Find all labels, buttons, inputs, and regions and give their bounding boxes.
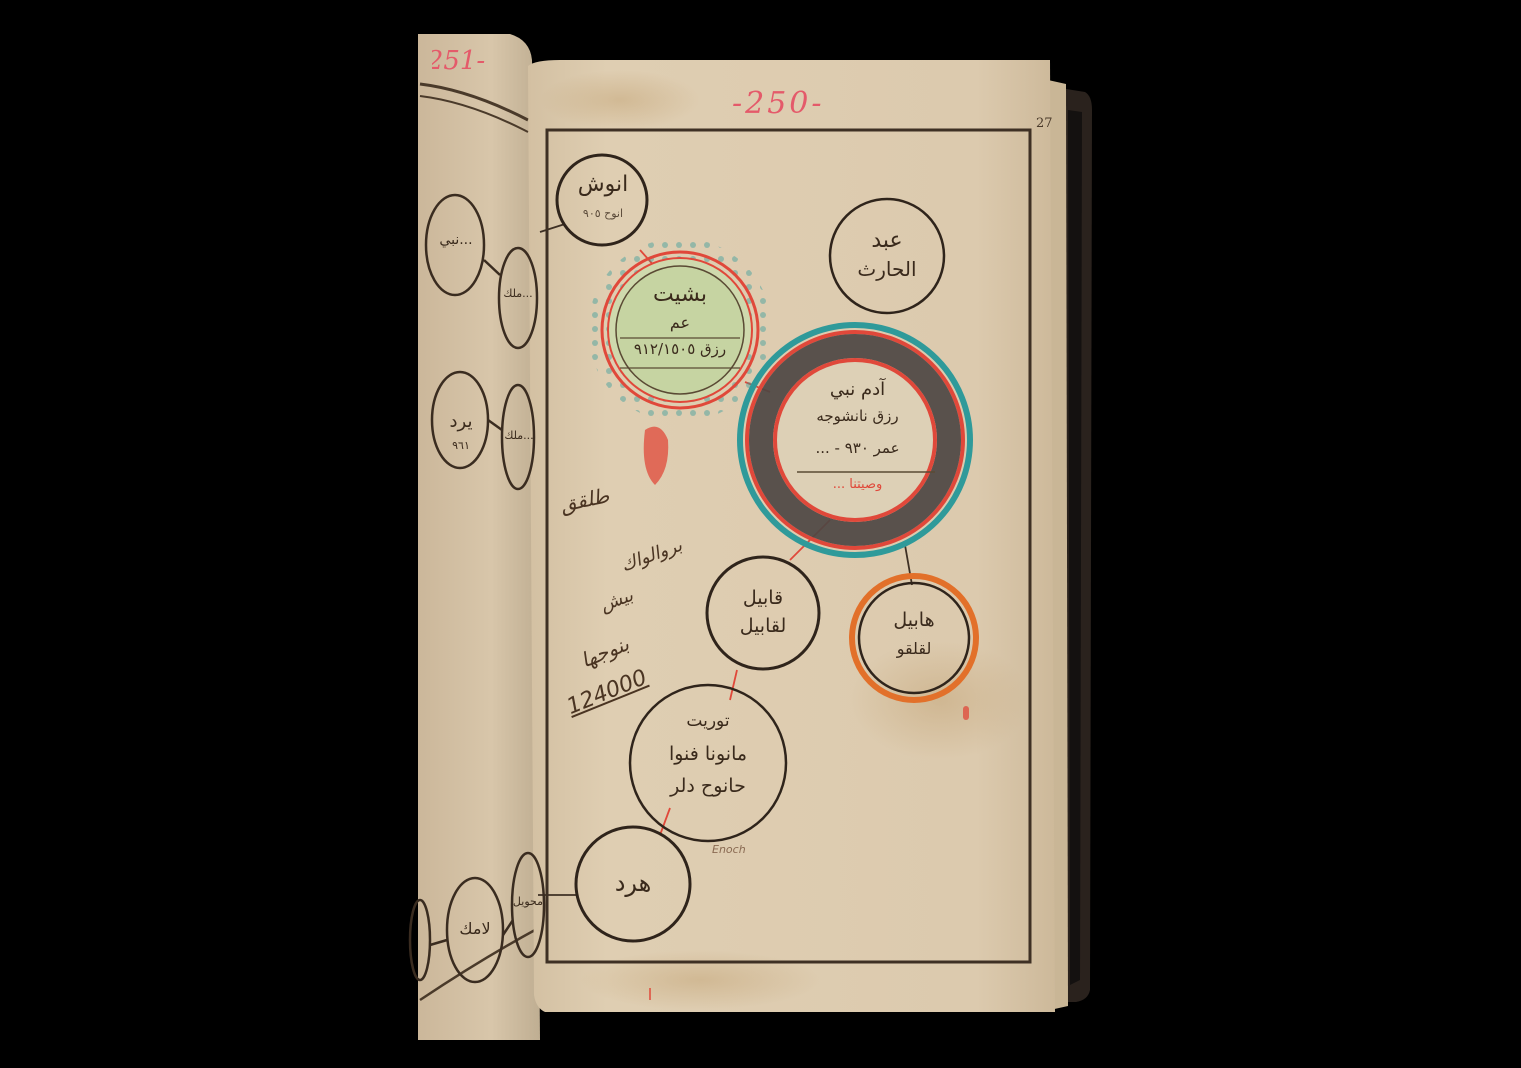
node-adam-line1: آدم نبي [790, 380, 925, 401]
node-habil-line1: هابيل [868, 610, 960, 632]
node-shith-label: بشيت [620, 282, 740, 307]
left-node-4-label: ...ملك [503, 430, 535, 443]
left-node-3-sublabel: ٩٦١ [434, 440, 488, 453]
left-page [418, 34, 540, 1040]
node-habil-line2: لقلقو [868, 640, 960, 658]
node-adam-line3: عمر ٩٣٠ - ... [790, 440, 925, 457]
corner-number: 27 [1036, 116, 1053, 131]
left-node-6-label: محويل [513, 896, 543, 909]
node-tevrit-line1: توريت [640, 712, 776, 732]
node-shith-line2: عم [620, 314, 740, 332]
left-node-2-label: ...ملك [500, 288, 536, 301]
left-node-1-label: ...نبي [428, 232, 484, 248]
node-tevrit-line2: مانونا فنوا [640, 744, 776, 766]
node-anush-label: انوش [565, 172, 641, 197]
left-node-5-label: لامك [448, 920, 502, 938]
node-qabil-line1: قابيل [718, 588, 808, 610]
node-tevrit-line3: حانوح دلر [640, 776, 776, 798]
node-hud-label: هرد [590, 870, 676, 898]
right-folio-number: -250- [732, 86, 825, 121]
node-shith-line3: رزق ٩١٢/١٥٠٥ [620, 341, 740, 358]
book-cover-edge [1048, 80, 1092, 1010]
node-adam-line2: رزق نانشوجه [790, 408, 925, 425]
node-anush-sublabel: انوح ٩٠٥ [565, 208, 641, 221]
node-adam-red-note: وصيتنا ... [790, 478, 925, 493]
node-abd-line2: الحارث [840, 258, 934, 281]
pencil-note-enoch: Enoch [712, 843, 746, 856]
manuscript-scene [0, 0, 1521, 1068]
node-abd-line1: عبد [840, 228, 934, 253]
left-node-3-label: يرد [434, 412, 488, 433]
node-qabil-line2: لقابيل [718, 616, 808, 638]
